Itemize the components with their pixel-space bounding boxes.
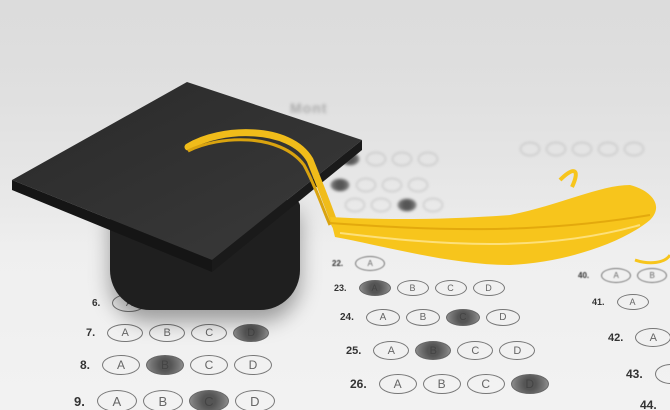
bubble-d-filled[interactable]: D: [233, 324, 269, 342]
bubble-a[interactable]: A: [366, 309, 400, 326]
bubble-partial[interactable]: [655, 364, 670, 384]
question-row-9: 9. A B C D: [74, 390, 275, 410]
bubble-b[interactable]: B: [423, 374, 461, 394]
bubble-d[interactable]: D: [486, 309, 520, 326]
bubble-b[interactable]: B: [149, 324, 185, 342]
bubble-b[interactable]: B: [143, 390, 183, 410]
bubble-a[interactable]: A: [617, 294, 649, 310]
bubble-b[interactable]: B: [406, 309, 440, 326]
bubble-c[interactable]: C: [190, 355, 228, 375]
question-row-26: 26. A B C D: [350, 374, 549, 394]
bubble-d[interactable]: D: [235, 390, 275, 410]
bubble-a[interactable]: A: [635, 328, 670, 347]
tassel-icon: [180, 125, 670, 275]
bubble-a[interactable]: A: [373, 341, 409, 360]
question-row-44: 44.: [640, 398, 663, 410]
question-row-23: 23. A B C D: [334, 280, 505, 296]
question-row-25: 25. A B C D: [346, 341, 535, 360]
bubble-c[interactable]: C: [435, 280, 467, 296]
bubble-c-filled[interactable]: C: [189, 390, 229, 410]
bubble-c[interactable]: C: [467, 374, 505, 394]
bubble-d[interactable]: D: [499, 341, 535, 360]
bubble-a[interactable]: A: [107, 324, 143, 342]
question-row-24: 24. A B C D: [340, 309, 520, 326]
bubble-b[interactable]: B: [397, 280, 429, 296]
bubble-d[interactable]: D: [234, 355, 272, 375]
bubble-a[interactable]: A: [102, 355, 140, 375]
bubble-a[interactable]: A: [97, 390, 137, 410]
bubble-c[interactable]: C: [457, 341, 493, 360]
bubble-d[interactable]: D: [473, 280, 505, 296]
bubble-c-filled[interactable]: C: [446, 309, 480, 326]
question-row-7: 7. A B C D: [86, 324, 269, 342]
bubble-a[interactable]: A: [379, 374, 417, 394]
bubble-b-filled[interactable]: B: [415, 341, 451, 360]
bubble-d-filled[interactable]: D: [511, 374, 549, 394]
question-row-43: 43.: [626, 364, 670, 384]
question-row-41: 41. A: [592, 294, 649, 310]
question-row-8: 8. A B C D: [80, 355, 272, 375]
bubble-b-filled[interactable]: B: [146, 355, 184, 375]
bubble-a-filled[interactable]: A: [359, 280, 391, 296]
bubble-c[interactable]: C: [191, 324, 227, 342]
question-row-42: 42. A: [608, 328, 670, 347]
